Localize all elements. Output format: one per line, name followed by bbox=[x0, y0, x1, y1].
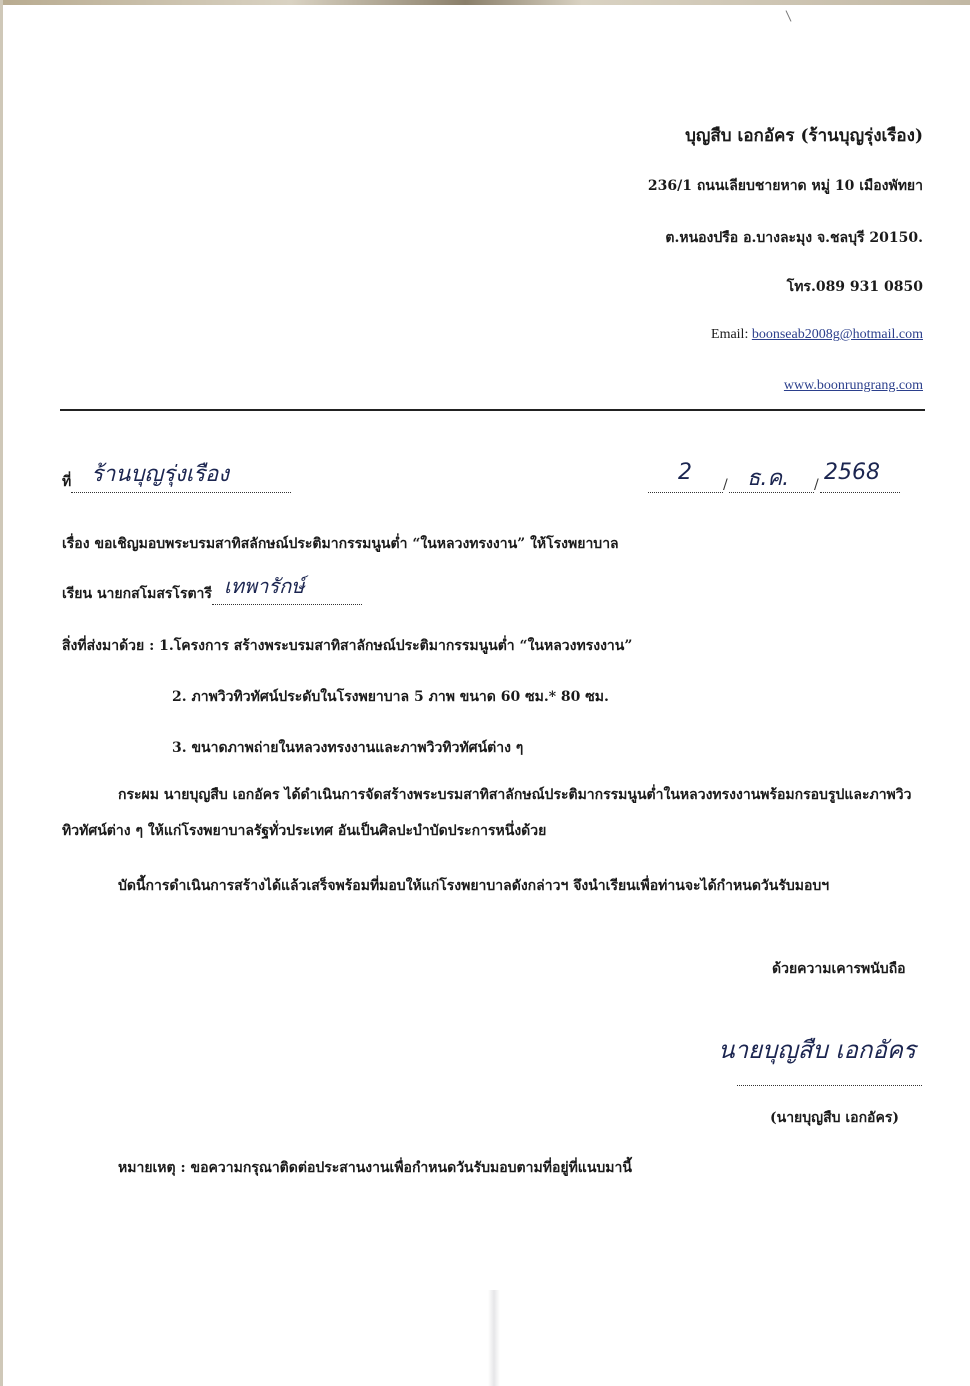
letterhead-website: www.boonrungrang.com bbox=[784, 378, 923, 394]
recipient-text: นายกสโมสรโรตารี bbox=[97, 586, 212, 602]
enclosure-item-3: 3. ขนาดภาพถ่ายในหลวงทรงงานและภาพวิวทิวทั… bbox=[172, 737, 523, 759]
letterhead-divider bbox=[60, 409, 925, 411]
recipient-line: เรียน นายกสโมสรโรตารีเทพารักษ์ bbox=[62, 583, 362, 605]
date-month: ธ.ค. bbox=[747, 460, 789, 495]
email-label: Email: bbox=[711, 327, 748, 342]
body-paragraph-2: บัดนี้การดำเนินการสร้างได้แล้วเสร็จพร้อม… bbox=[62, 863, 922, 909]
body-paragraph-1: กระผม นายบุญสืบ เอกอัคร ได้ดำเนินการจัดส… bbox=[62, 777, 922, 849]
date-day: 2 bbox=[678, 460, 692, 485]
recipient-handwriting: เทพารักษ์ bbox=[224, 570, 304, 602]
signer-printed-name: (นายบุญสืบ เอกอัคร) bbox=[770, 1107, 899, 1129]
subject-text: ขอเชิญมอบพระบรมสาทิสลักษณ์ประติมากรรมนูน… bbox=[94, 536, 618, 552]
enclosure-item-1: สิ่งที่ส่งมาด้วย : 1.โครงการ สร้างพระบรม… bbox=[62, 635, 632, 657]
paper-fold-shadow bbox=[488, 1290, 500, 1386]
recipient-label: เรียน bbox=[62, 586, 92, 602]
reference-handwriting: ร้านบุญรุ่งเรือง bbox=[91, 456, 229, 491]
paper-mark bbox=[786, 10, 792, 21]
signature-line bbox=[737, 1081, 922, 1086]
website-link[interactable]: www.boonrungrang.com bbox=[784, 378, 923, 393]
letterhead-email: Email: boonseab2008g@hotmail.com bbox=[711, 327, 923, 343]
subject-line: เรื่อง ขอเชิญมอบพระบรมสาทิสลักษณ์ประติมา… bbox=[62, 533, 619, 555]
subject-label: เรื่อง bbox=[62, 536, 90, 552]
date-year: 2568 bbox=[824, 460, 880, 485]
signature-block: นายบุญสืบ เอกอัคร bbox=[712, 1030, 922, 1090]
enclosure-text: 1.โครงการ สร้างพระบรมสาทิสาลักษณ์ประติมา… bbox=[159, 638, 632, 654]
letterhead-address-line1: 236/1 ถนนเลียบชายหาด หมู่ 10 เมืองพัทยา bbox=[648, 175, 923, 197]
signature-handwriting: นายบุญสืบ เอกอัคร bbox=[712, 1030, 922, 1069]
scan-left-edge bbox=[0, 0, 3, 1386]
date-month-field: ธ.ค. bbox=[729, 470, 814, 493]
letterhead-address-line2: ต.หนองปรือ อ.บางละมุง จ.ชลบุรี 20150. bbox=[665, 227, 923, 249]
footnote: หมายเหตุ : ขอความกรุณาติดต่อประสานงานเพื… bbox=[118, 1157, 632, 1179]
enclosure-item-2: 2. ภาพวิวทิวทัศน์ประดับในโรงพยาบาล 5 ภาพ… bbox=[172, 686, 609, 708]
closing-salutation: ด้วยความเคารพนับถือ bbox=[772, 958, 906, 980]
phone-number: 089 931 0850 bbox=[816, 279, 923, 295]
letterhead-name: บุญสืบ เอกอัคร (ร้านบุญรุ่งเรือง) bbox=[685, 122, 923, 149]
letterhead-phone: โทร.089 931 0850 bbox=[787, 276, 923, 298]
date-year-field: 2568 bbox=[820, 470, 900, 493]
phone-label: โทร. bbox=[787, 279, 816, 295]
reference-line: ที่ร้านบุญรุ่งเรือง bbox=[62, 470, 291, 493]
scan-top-edge bbox=[0, 0, 970, 5]
recipient-field: เทพารักษ์ bbox=[212, 584, 362, 605]
enclosures-label: สิ่งที่ส่งมาด้วย : bbox=[62, 638, 154, 654]
reference-label: ที่ bbox=[62, 474, 71, 490]
date-day-field: 2 bbox=[648, 470, 723, 493]
reference-field: ร้านบุญรุ่งเรือง bbox=[71, 470, 291, 493]
date-line: 2/ธ.ค./2568 bbox=[648, 470, 900, 493]
email-link[interactable]: boonseab2008g@hotmail.com bbox=[752, 327, 923, 342]
